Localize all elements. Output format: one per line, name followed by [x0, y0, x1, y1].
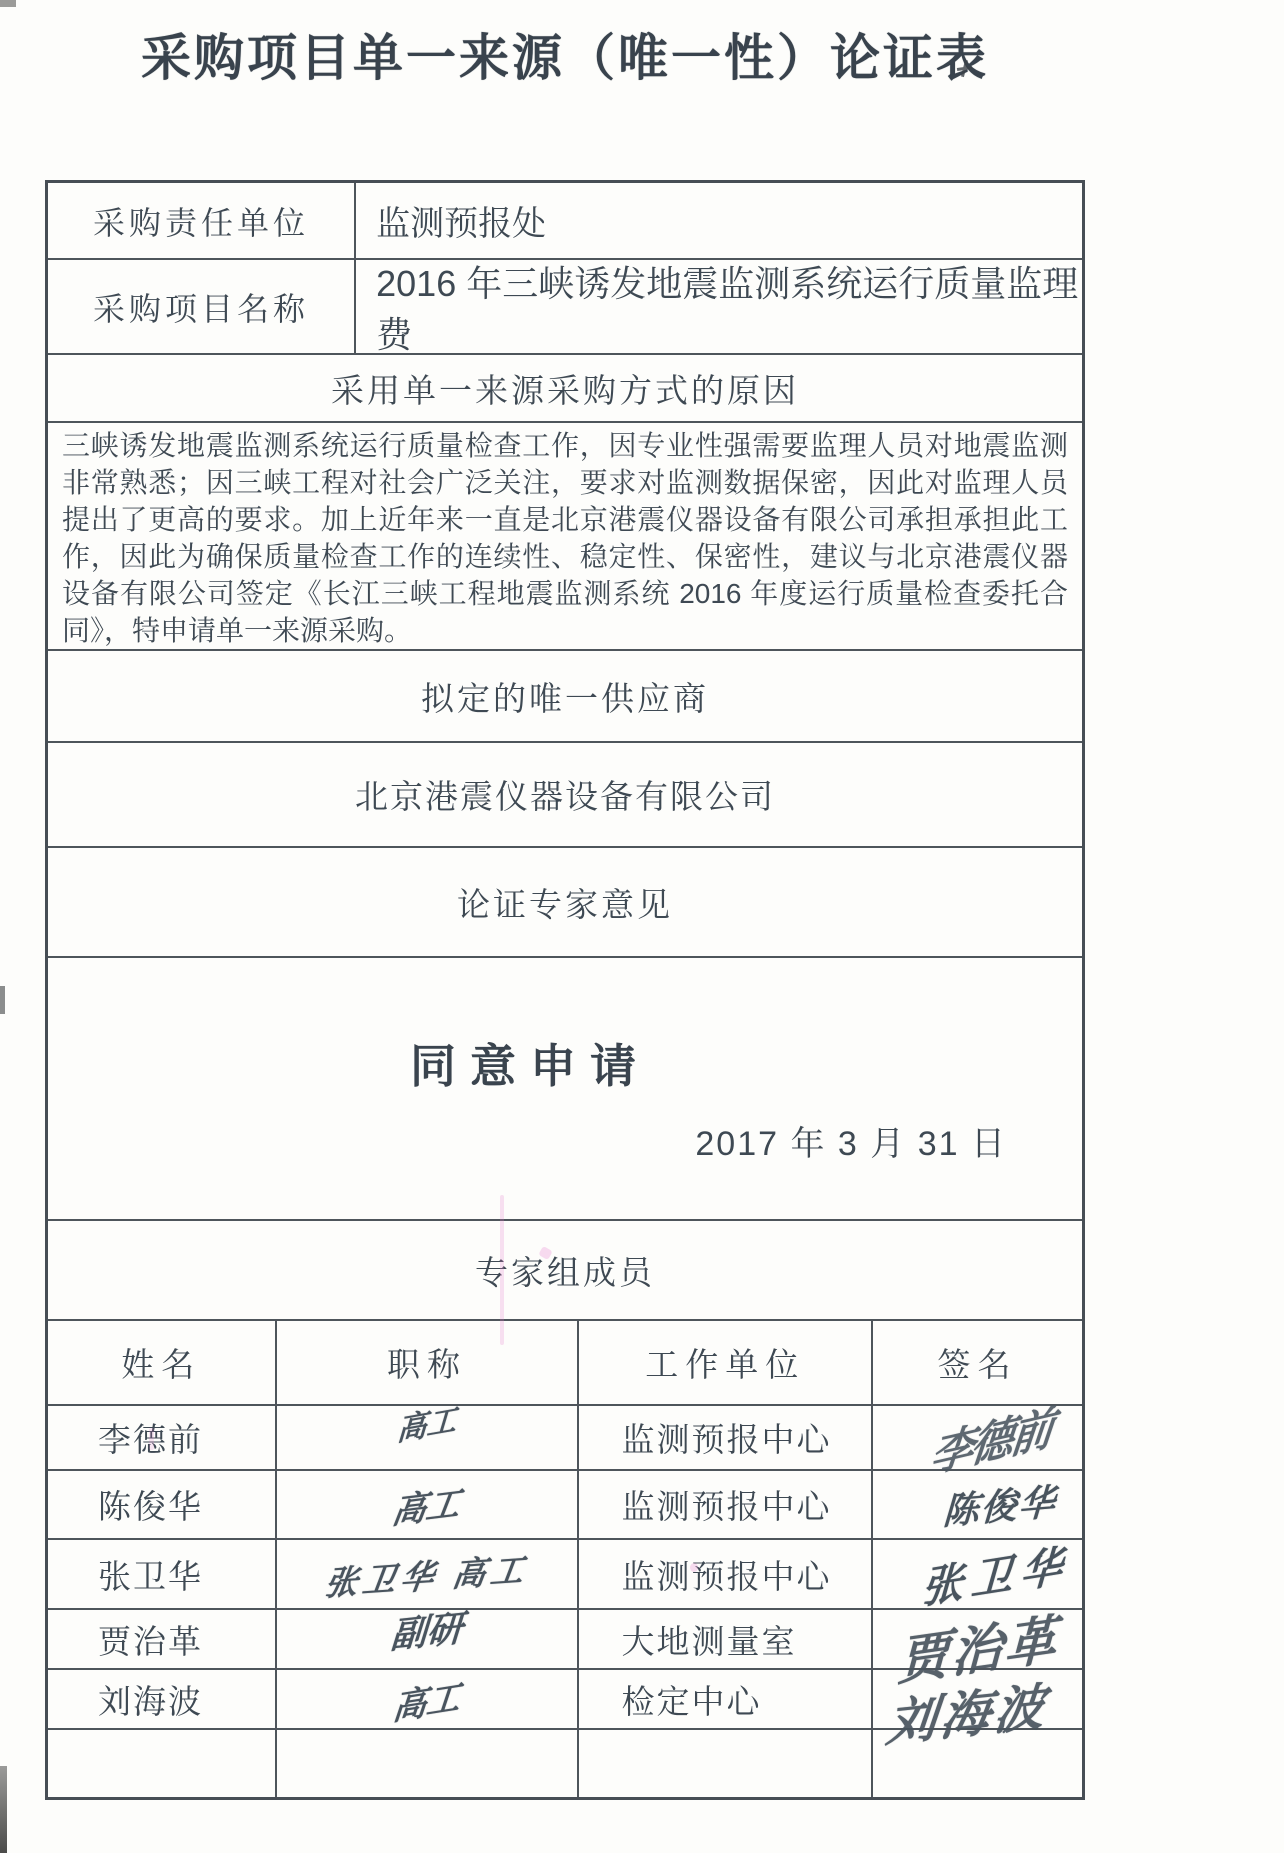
expert-name: 张卫华: [48, 1540, 277, 1608]
section-header-experts: 专家组成员: [48, 1219, 1082, 1319]
supplier-name: 北京港震仪器设备有限公司: [48, 741, 1082, 846]
opinion-date: 2017 年 3 月 31 日: [695, 1116, 1007, 1165]
section-header-supplier: 拟定的唯一供应商: [48, 649, 1082, 741]
reason-paragraph: 三峡诱发地震监测系统运行质量检查工作，因专业性强需要监理人员对地震监测 非常熟悉…: [48, 421, 1082, 649]
section-header-reason: 采用单一来源采购方式的原因: [48, 353, 1082, 421]
scan-artifact: [0, 0, 16, 7]
column-header-name: 姓名: [48, 1321, 277, 1404]
expert-row: 刘海波 高工 检定中心 刘海波: [48, 1668, 1082, 1728]
opinion-cell: 同意申请 2017 年 3 月 31 日: [48, 956, 1082, 1219]
expert-name: 刘海波: [48, 1670, 277, 1728]
expert-row-empty: [48, 1728, 1082, 1797]
field-value-project-name: 2016 年三峡诱发地震监测系统运行质量监理费: [356, 260, 1082, 353]
reason-line: 提出了更高的要求。加上近年来一直是北京港震仪器设备有限公司承担承担此工: [62, 501, 1068, 538]
scan-artifact: [0, 986, 5, 1014]
handwritten-title: 副研: [389, 1599, 464, 1658]
handwritten-title: 高工: [391, 1668, 463, 1729]
expert-title-cell: 高工: [277, 1471, 580, 1538]
expert-org: [579, 1730, 873, 1797]
expert-row: 陈俊华 高工 监测预报中心 陈俊华: [48, 1469, 1082, 1538]
expert-org: 监测预报中心: [579, 1471, 873, 1538]
expert-signature-cell: [873, 1730, 1082, 1797]
reason-line: 同》，特申请单一来源采购。: [62, 612, 1068, 649]
experts-table: 姓名 职称 工作单位 签名 李德前 高工 监测预报中心 李德前 陈俊华 高工 监…: [48, 1319, 1082, 1797]
expert-title-cell: 张卫华 高工: [277, 1540, 580, 1608]
form-row-project-name: 采购项目名称 2016 年三峡诱发地震监测系统运行质量监理费: [48, 258, 1082, 353]
expert-name: [48, 1730, 277, 1797]
form-table: 采购责任单位 监测预报处 采购项目名称 2016 年三峡诱发地震监测系统运行质量…: [45, 180, 1085, 1800]
expert-signature-cell: 刘海波: [873, 1670, 1082, 1728]
signature: 陈俊华: [941, 1474, 1057, 1535]
expert-org: 检定中心: [579, 1670, 873, 1728]
expert-row: 贾治革 副研 大地测量室 贾治革: [48, 1608, 1082, 1668]
expert-name: 李德前: [48, 1406, 277, 1469]
expert-signature-cell: 贾治革: [873, 1610, 1082, 1668]
expert-org: 监测预报中心: [579, 1540, 873, 1608]
handwritten-title: 高工: [389, 1475, 464, 1534]
expert-row: 张卫华 张卫华 高工 监测预报中心 张卫华: [48, 1538, 1082, 1608]
reason-line: 非常熟悉；因三峡工程对社会广泛关注，要求对监测数据保密，因此对监理人员: [62, 464, 1068, 501]
reason-line: 三峡诱发地震监测系统运行质量检查工作，因专业性强需要监理人员对地震监测: [62, 427, 1068, 464]
expert-name: 陈俊华: [48, 1471, 277, 1538]
column-header-org: 工作单位: [579, 1321, 873, 1404]
scanned-document-page: 采购项目单一来源（唯一性）论证表 采购责任单位 监测预报处 采购项目名称 201…: [0, 0, 1284, 1853]
field-label-responsible-unit: 采购责任单位: [48, 183, 356, 258]
expert-org: 大地测量室: [579, 1610, 873, 1668]
section-header-opinion: 论证专家意见: [48, 846, 1082, 956]
field-label-project-name: 采购项目名称: [48, 260, 356, 353]
scan-artifact: [0, 1766, 7, 1853]
expert-title-cell: [277, 1730, 580, 1797]
expert-title-cell: 高工: [277, 1670, 580, 1728]
handwritten-title: 张卫华 高工: [322, 1543, 532, 1605]
form-row-responsible-unit: 采购责任单位 监测预报处: [48, 183, 1082, 258]
opinion-text: 同意申请: [13, 1030, 1047, 1096]
field-value-responsible-unit: 监测预报处: [356, 183, 1082, 258]
page-title: 采购项目单一来源（唯一性）论证表: [45, 18, 1085, 90]
expert-title-cell: 高工: [277, 1406, 580, 1469]
expert-org: 监测预报中心: [579, 1406, 873, 1469]
reason-line: 作，因此为确保质量检查工作的连续性、稳定性、保密性，建议与北京港震仪器: [62, 538, 1068, 575]
column-header-title: 职称: [277, 1321, 580, 1404]
expert-name: 贾治革: [48, 1610, 277, 1668]
experts-header-row: 姓名 职称 工作单位 签名: [48, 1319, 1082, 1404]
expert-signature-cell: 李德前: [873, 1406, 1082, 1469]
expert-signature-cell: 陈俊华: [873, 1471, 1082, 1538]
expert-row: 李德前 高工 监测预报中心 李德前: [48, 1404, 1082, 1469]
expert-title-cell: 副研: [277, 1610, 580, 1668]
reason-line: 设备有限公司签定《长江三峡工程地震监测系统 2016 年度运行质量检查委托合: [62, 575, 1068, 612]
